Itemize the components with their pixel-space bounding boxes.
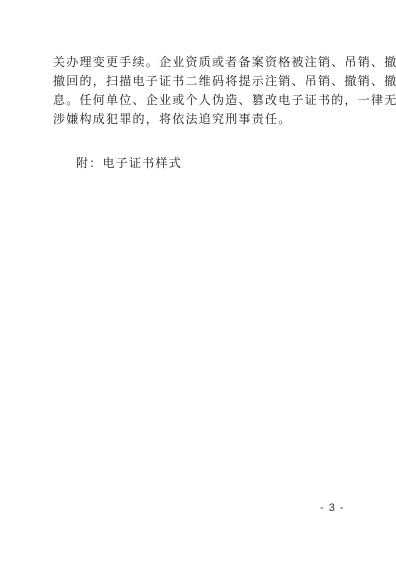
document-page: 关办理变更手续。企业资质或者备案资格被注销、吊销、撤销、 撤回的，扫描电子证书二… — [0, 0, 396, 561]
attachment-note: 附：电子证书样式 — [76, 154, 182, 173]
paragraph-line: 息。任何单位、企业或个人伪造、篡改电子证书的，一律无效， — [53, 91, 349, 110]
body-paragraph: 关办理变更手续。企业资质或者备案资格被注销、吊销、撤销、 撤回的，扫描电子证书二… — [53, 53, 349, 129]
paragraph-line: 关办理变更手续。企业资质或者备案资格被注销、吊销、撤销、 — [53, 53, 349, 72]
paragraph-line: 涉嫌构成犯罪的，将依法追究刑事责任。 — [53, 110, 349, 129]
page-number: - 3 - — [320, 500, 345, 516]
paragraph-line: 撤回的，扫描电子证书二维码将提示注销、吊销、撤销、撤回信 — [53, 72, 349, 91]
